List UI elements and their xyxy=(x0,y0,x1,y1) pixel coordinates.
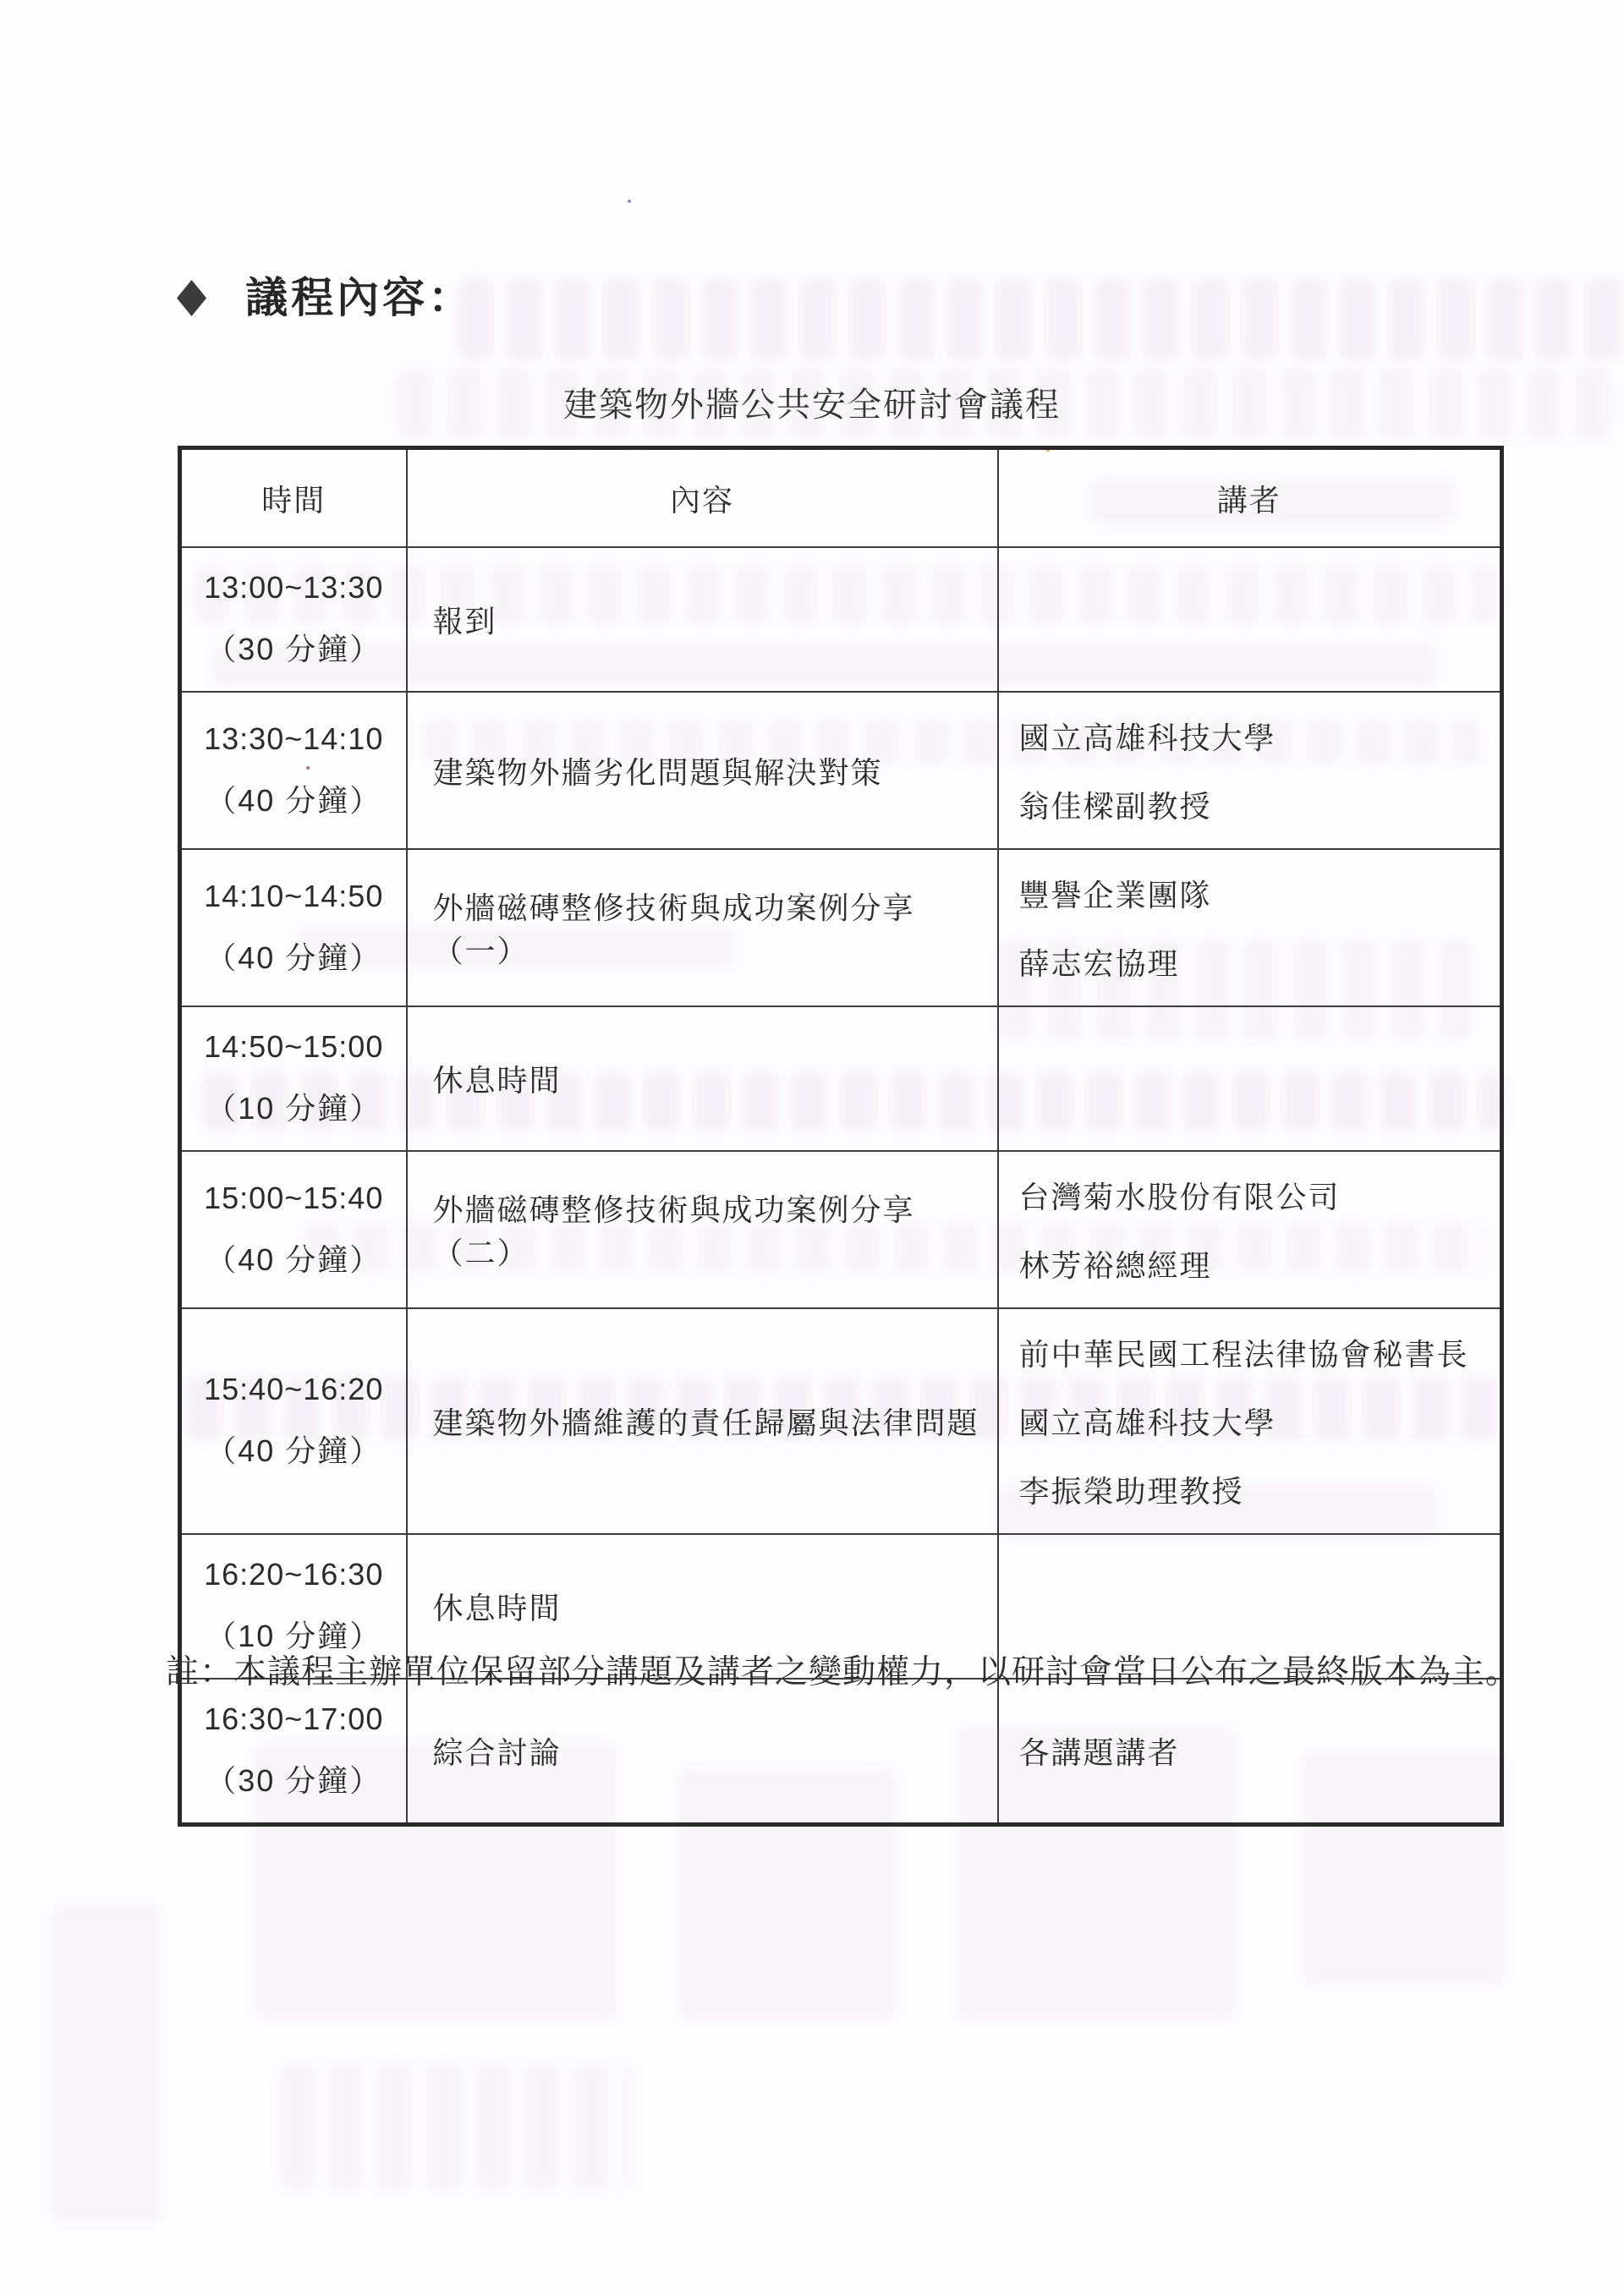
time-duration: （40 分鐘） xyxy=(182,1236,406,1280)
time-cell: 14:50~15:00 （10 分鐘） xyxy=(180,1006,407,1151)
time-range: 13:30~14:10 xyxy=(182,721,406,757)
time-range: 13:00~13:30 xyxy=(182,570,406,606)
agenda-table: 時間 內容 講者 13:00~13:30 （30 分鐘） 報到 13:30~14… xyxy=(178,446,1504,1827)
time-cell: 14:10~14:50 （40 分鐘） xyxy=(180,849,407,1006)
speaker-cell: 豐譽企業團隊薛志宏協理 xyxy=(998,849,1502,1006)
speaker-line: 豐譽企業團隊 xyxy=(1019,872,1492,915)
table-row: 13:00~13:30 （30 分鐘） 報到 xyxy=(180,547,1502,692)
session-title: 建築物外牆劣化問題與解決對策 xyxy=(433,755,883,790)
time-cell: 13:00~13:30 （30 分鐘） xyxy=(180,547,407,692)
content-cell: 休息時間 xyxy=(407,1006,998,1151)
speaker-lines: 台灣菊水股份有限公司林芳裕總經理 xyxy=(1019,1174,1492,1285)
speaker-line: 國立高雄科技大學 xyxy=(1019,1400,1492,1443)
session-title: 綜合討論 xyxy=(433,1735,562,1770)
speaker-cell: 台灣菊水股份有限公司林芳裕總經理 xyxy=(998,1151,1502,1308)
time-cell: 13:30~14:10 （40 分鐘） xyxy=(180,692,407,849)
table-row: 14:10~14:50 （40 分鐘） 外牆磁磚整修技術與成功案例分享（一） 豐… xyxy=(180,849,1502,1006)
session-title: 外牆磁磚整修技術與成功案例分享（一） xyxy=(433,890,915,968)
session-title: 建築物外牆維護的責任歸屬與法律問題 xyxy=(433,1406,979,1440)
session-title: 外牆磁磚整修技術與成功案例分享（二） xyxy=(433,1192,915,1270)
time-duration: （30 分鐘） xyxy=(182,1757,406,1800)
time-range: 14:50~15:00 xyxy=(182,1029,406,1065)
column-header-speaker: 講者 xyxy=(998,448,1502,548)
bleed-through-ghost xyxy=(457,279,1624,359)
speaker-line: 台灣菊水股份有限公司 xyxy=(1019,1174,1492,1217)
speaker-cell: 各講題講者 xyxy=(998,1679,1502,1825)
time-duration: （30 分鐘） xyxy=(182,626,406,669)
speaker-cell: 前中華民國工程法律協會秘書長國立高雄科技大學李振榮助理教授 xyxy=(998,1308,1502,1534)
speaker-line: 翁佳樑副教授 xyxy=(1019,783,1492,826)
table-row: 14:50~15:00 （10 分鐘） 休息時間 xyxy=(180,1006,1502,1151)
time-range: 15:40~16:20 xyxy=(182,1372,406,1407)
table-title: 建築物外牆公共安全研討會議程 xyxy=(0,378,1624,426)
time-range: 16:20~16:30 xyxy=(182,1557,406,1592)
speaker-line: 前中華民國工程法律協會秘書長 xyxy=(1019,1331,1492,1374)
table-row: 16:30~17:00 （30 分鐘） 綜合討論 各講題講者 xyxy=(180,1679,1502,1825)
time-duration: （10 分鐘） xyxy=(182,1085,406,1128)
bleed-through-ghost xyxy=(279,2063,634,2190)
speaker-lines: 前中華民國工程法律協會秘書長國立高雄科技大學李振榮助理教授 xyxy=(1019,1331,1492,1511)
speaker-cell xyxy=(998,547,1502,692)
time-range: 14:10~14:50 xyxy=(182,879,406,914)
diamond-bullet-icon: ◆ xyxy=(177,271,206,318)
section-heading: ◆ 議程內容： xyxy=(173,264,474,325)
section-heading-label: 議程內容： xyxy=(245,264,474,325)
footnote: 註：本議程主辦單位保留部分講題及講者之變動權力，以研討會當日公布之最終版本為主。 xyxy=(166,1646,1519,1693)
session-title: 報到 xyxy=(433,604,497,638)
speaker-lines: 豐譽企業團隊薛志宏協理 xyxy=(1019,872,1492,984)
dust-speck xyxy=(628,200,631,203)
speaker-line: 薛志宏協理 xyxy=(1019,940,1492,984)
agenda-table-body: 13:00~13:30 （30 分鐘） 報到 13:30~14:10 （40 分… xyxy=(180,547,1502,1825)
table-header-row: 時間 內容 講者 xyxy=(180,448,1502,548)
time-duration: （40 分鐘） xyxy=(182,777,406,820)
content-cell: 建築物外牆維護的責任歸屬與法律問題 xyxy=(407,1308,998,1534)
speaker-cell xyxy=(998,1006,1502,1151)
speaker-lines: 各講題講者 xyxy=(1019,1729,1492,1773)
table-row: 15:00~15:40 （40 分鐘） 外牆磁磚整修技術與成功案例分享（二） 台… xyxy=(180,1151,1502,1308)
speaker-line: 林芳裕總經理 xyxy=(1019,1242,1492,1285)
content-cell: 外牆磁磚整修技術與成功案例分享（二） xyxy=(407,1151,998,1308)
time-duration: （40 分鐘） xyxy=(182,934,406,978)
column-header-time: 時間 xyxy=(180,448,407,548)
content-cell: 建築物外牆劣化問題與解決對策 xyxy=(407,692,998,849)
table-row: 15:40~16:20 （40 分鐘） 建築物外牆維護的責任歸屬與法律問題 前中… xyxy=(180,1308,1502,1534)
table-row: 13:30~14:10 （40 分鐘） 建築物外牆劣化問題與解決對策 國立高雄科… xyxy=(180,692,1502,849)
time-duration: （40 分鐘） xyxy=(182,1427,406,1471)
time-cell: 15:40~16:20 （40 分鐘） xyxy=(180,1308,407,1534)
speaker-cell: 國立高雄科技大學翁佳樑副教授 xyxy=(998,692,1502,849)
time-cell: 15:00~15:40 （40 分鐘） xyxy=(180,1151,407,1308)
scanned-agenda-page: ◆ 議程內容： 建築物外牆公共安全研討會議程 時間 內容 講者 13:00~13… xyxy=(0,0,1624,2296)
content-cell: 綜合討論 xyxy=(407,1679,998,1825)
content-cell: 報到 xyxy=(407,547,998,692)
column-header-content: 內容 xyxy=(407,448,998,548)
speaker-line: 各講題講者 xyxy=(1019,1729,1492,1773)
speaker-line: 李振榮助理教授 xyxy=(1019,1468,1492,1511)
content-cell: 外牆磁磚整修技術與成功案例分享（一） xyxy=(407,849,998,1006)
time-range: 15:00~15:40 xyxy=(182,1181,406,1216)
speaker-lines: 國立高雄科技大學翁佳樑副教授 xyxy=(1019,715,1492,826)
speaker-line: 國立高雄科技大學 xyxy=(1019,715,1492,758)
session-title: 休息時間 xyxy=(433,1063,562,1098)
time-cell: 16:30~17:00 （30 分鐘） xyxy=(180,1679,407,1825)
session-title: 休息時間 xyxy=(433,1591,562,1625)
bleed-through-ghost xyxy=(51,1903,161,2224)
time-range: 16:30~17:00 xyxy=(182,1701,406,1737)
